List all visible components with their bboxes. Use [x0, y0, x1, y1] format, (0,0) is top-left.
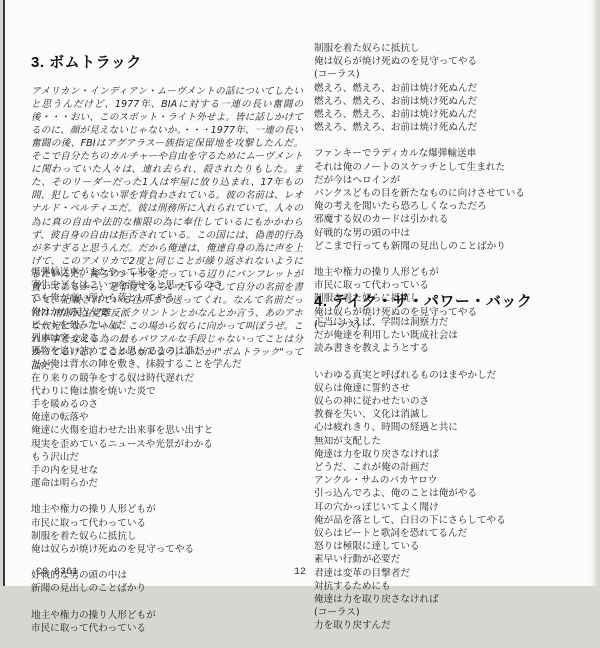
lyric-line: だが俺は背水の陣を敷き、抹殺することを学んだ	[31, 358, 242, 371]
lyric-line: 手を暖めるのさ	[31, 398, 242, 411]
stanza: 制服を着た奴らに抵抗し俺は奴らが焼け死ぬのを見守ってやる(コーラス)燃えろ、燃え…	[314, 42, 525, 134]
lyric-line: 素早い行動が必要だ	[314, 553, 506, 566]
lyric-line: 燃えろ、燃えろ、お前は焼け死ぬんだ	[314, 82, 525, 95]
lyric-line: 俺は奴らが焼け死ぬのを見守ってやる	[31, 543, 242, 556]
lyric-line: 対抗するためにも	[314, 580, 506, 591]
lyric-line: 無知が支配した	[314, 435, 506, 448]
lyric-line: 読み書きを教えようとする	[314, 342, 506, 355]
lyric-line: 燃えろ、燃えろ、お前は焼け死ぬんだ	[314, 121, 525, 134]
lyric-line: 俺達に火傷を追わせた出来事を思い出すと	[31, 424, 242, 437]
lyric-line: 燃えろ、燃えろ、お前は焼け死ぬんだ	[314, 95, 525, 108]
page-number: 12	[294, 567, 306, 578]
catalog-code: CS 8361	[36, 567, 78, 578]
lyric-line: 新聞の見出しのことばかり	[31, 582, 242, 591]
lyric-line: どこまで行っても新聞の見出しのことばかり	[314, 240, 525, 253]
lyric-line: 教養を失い、文化は消滅し	[314, 408, 506, 421]
stanza: 爆弾輸送車がまたやって来る寄生虫どもはこいつを消せると思ってるのさでも俺が高い所…	[31, 266, 242, 490]
lyric-line: 正当にいえば、学問は洞察力だ	[314, 316, 506, 329]
lyric-line: 地主や権力の操り人形どもが	[314, 266, 525, 279]
lyric-line: 獲物を追い詰めてると思ってるのは誰だ	[31, 345, 242, 358]
lyric-line: だが俺達を利用したい既成社会は	[314, 329, 506, 342]
lyric-line: 邪魔する奴のカードは引かれる	[314, 213, 525, 226]
lyric-line: 君達は変革の目撃者だ	[314, 567, 506, 580]
lyric-line: 好戦的な男の頭の中は	[314, 227, 525, 240]
lyric-line: 俺達は力を取り戻さなければ	[314, 448, 506, 461]
lyric-line: 怒りは極限に達している	[314, 540, 506, 553]
lyric-line: 市民に取って代わっている	[31, 517, 242, 530]
stanza: 正当にいえば、学問は洞察力だだが俺達を利用したい既成社会は読み書きを教えようとす…	[314, 316, 506, 356]
lyric-line: 寄生虫どもはこいつを消せると思ってるのさ	[31, 279, 242, 292]
lyric-line: どうだ、これが俺の計画だ	[314, 461, 506, 474]
lyric-line: 俺は奴らが焼け死ぬのを見守ってやる	[314, 55, 525, 68]
lyric-line: 俺の考えを聞いたら恐ろしくなっただろ	[314, 200, 525, 213]
lyric-line: ファンキーでラディカルな爆弾輸送車	[314, 147, 525, 160]
lyric-line: 制服を着た奴らに抵抗し	[314, 42, 525, 55]
track-4-title: 4. テイク・ザ・パワー・バック	[314, 290, 532, 311]
stanza: いわゆる真実と呼ばれるものはまやかしだ奴らは俺達に誓約させ奴らの神に従わせたいの…	[314, 369, 506, 591]
lyric-line: 俺はかがみ込んで	[31, 306, 242, 319]
lyric-line: 手の内を見せな	[31, 464, 242, 477]
lyric-line: アンクル・サムのバカヤロウ	[314, 474, 506, 487]
track-3-lyrics: 爆弾輸送車がまたやって来る寄生虫どもはこいつを消せると思ってるのさでも俺が高い所…	[31, 266, 242, 591]
track-4-lyrics: 正当にいえば、学問は洞察力だだが俺達を利用したい既成社会は読み書きを教えようとす…	[314, 316, 506, 591]
lyric-line: 在り来りの競争をする奴は時代遅れだ	[31, 372, 242, 385]
lyric-line: 燃えろ、燃えろ、お前は焼け死ぬんだ	[314, 108, 525, 121]
lyric-line: 俺達の転落や	[31, 411, 242, 424]
lyric-line: 奴らは俺達に誓約させ	[314, 382, 506, 395]
lyric-line: もう沢山だ	[31, 451, 242, 464]
track-3-title: 3. ボムトラック	[31, 51, 142, 72]
lyric-line: 爆弾輸送車がまたやって来る	[31, 266, 242, 279]
stanza: ファンキーでラディカルな爆弾輸送車それは俺のノートのスケッチとして生まれただが今…	[314, 147, 525, 253]
lyric-line: パンクスどもの目を新たなものに向けさせている	[314, 187, 525, 200]
lyric-line: ビートを刻みたいんだ	[31, 319, 242, 332]
lyrics-booklet-page: 3. ボムトラック アメリカン・インディアン・ムーヴメントの話についてしたいと思…	[3, 0, 597, 586]
lyric-line: 地主や権力の操り人形どもが	[31, 503, 242, 516]
stanza: 地主や権力の操り人形どもが市民に取って代わっている制服を着た奴らに抵抗し俺は奴ら…	[31, 503, 242, 556]
lyric-line: 列車は突っ走る	[31, 332, 242, 345]
lyric-line: 代わりに俺は旗を焼いた炎で	[31, 385, 242, 398]
lyric-line: 耳の穴かっぽじいてよく聞け	[314, 501, 506, 514]
lyric-line: だが今はヘロインが	[314, 174, 525, 187]
lyric-line: 奴らの神に従わせたいのさ	[314, 395, 506, 408]
lyric-line: 現実を歪めているニュースや光景がわかる	[31, 438, 242, 451]
lyric-line: でも俺が高い所から落としてやる	[31, 292, 242, 305]
lyric-line: 引っ込んでろよ、俺のことは俺がやる	[314, 487, 506, 500]
lyric-line: 心は疲れきり、時間の経過と共に	[314, 421, 506, 434]
lyric-line: 奴らはビートと歌詞を恐れてるんだ	[314, 527, 506, 540]
lyric-line: 運命は明らかだ	[31, 477, 242, 490]
lyric-line: (コーラス)	[314, 68, 525, 81]
lyric-line: いわゆる真実と呼ばれるものはまやかしだ	[314, 369, 506, 382]
lyric-line: 制服を着た奴らに抵抗し	[31, 530, 242, 543]
lyric-line: 俺が品を落として、白日の下にさらしてやる	[314, 514, 506, 527]
lyric-line: それは俺のノートのスケッチとして生まれた	[314, 161, 525, 174]
